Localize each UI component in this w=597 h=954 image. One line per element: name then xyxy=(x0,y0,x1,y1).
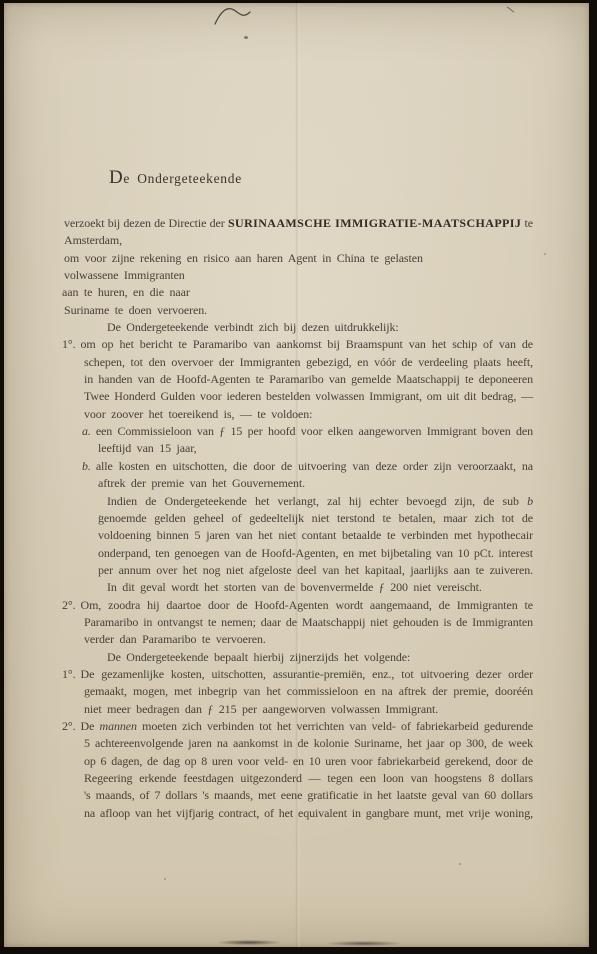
edge-smudge xyxy=(328,941,400,946)
doc-line-21: In dit geval wordt het storten van de bo… xyxy=(62,579,533,596)
document-heading: De Ondergeteekende xyxy=(109,167,242,189)
doc-line-22: 2°.Om, zoodra hij daartoe door de Hoofd-… xyxy=(62,597,533,614)
doc-line-20: per annum over het nog niet afgeloste de… xyxy=(62,562,533,579)
paper-speck xyxy=(372,717,374,719)
doc-line-32: Regeering erkende feestdagen uitgezonder… xyxy=(62,770,533,787)
doc-line-23: Paramaribo in ontvangst te nemen; daar d… xyxy=(62,614,533,631)
doc-line-19: onderpand, ten genoegen van de Hoofd-Age… xyxy=(62,545,533,562)
doc-line-3: volwassene Immigranten xyxy=(62,267,533,284)
doc-line-7: 1°.om op het bericht te Paramaribo van a… xyxy=(62,336,533,353)
paper-speck xyxy=(164,878,166,880)
doc-line-2: om voor zijne rekening en risico aan har… xyxy=(62,250,533,267)
doc-line-8: schepen, tot den overvoer der Immigrante… xyxy=(62,354,533,371)
doc-text-segment: genoemde gelden geheel of gedeeltelijk n… xyxy=(98,511,533,525)
doc-line-16: Indien de Ondergeteekende het verlangt, … xyxy=(62,493,533,510)
doc-text-segment: op 6 dagen, de dag op 8 uren voor veld- … xyxy=(84,754,533,768)
doc-line-18: voldoening binnen 5 jaren van het niet c… xyxy=(62,527,533,544)
doc-text-segment: per annum over het nog niet afgeloste de… xyxy=(98,563,533,577)
edge-smudge xyxy=(218,940,280,945)
doc-line-15: aftrek der premie van het Gouvernement. xyxy=(62,475,533,492)
doc-text-segment: volwassene Immigranten xyxy=(64,268,185,282)
scanned-document-page: { "page": { "background_color": "#100d08… xyxy=(0,0,597,954)
doc-text-segment: aftrek der premie van het Gouvernement. xyxy=(98,476,305,490)
doc-text-segment: na afloop van het vijfjarig contract, of… xyxy=(84,806,533,820)
doc-text-segment: De xyxy=(81,719,100,733)
doc-text-segment: aan te huren, en die naar xyxy=(62,285,190,299)
doc-text-segment: onderpand, ten genoegen van de Hoofd-Age… xyxy=(98,546,533,560)
doc-text-segment: 's maands, of 7 dollars 's maands, met e… xyxy=(84,788,533,802)
doc-text-segment: Regeering erkende feestdagen uitgezonder… xyxy=(84,771,533,785)
doc-text-segment: om op het bericht te Paramaribo van aank… xyxy=(81,337,534,351)
doc-line-30: 5 achtereenvolgende jaren na aankomst in… xyxy=(62,735,533,752)
doc-text-segment: Suriname te doen vervoeren. xyxy=(64,303,207,317)
paper-sheet: De Ondergeteekende verzoekt bij dezen de… xyxy=(4,3,589,947)
company-name-bold: SURINAAMSCHE IMMIGRATIE-MAATSCHAPPIJ xyxy=(228,216,521,230)
doc-line-24: verder dan Paramaribo te vervoeren. xyxy=(62,631,533,648)
doc-line-4: aan te huren, en die naar xyxy=(62,284,533,301)
doc-text-segment: mannen xyxy=(100,719,137,733)
doc-text-segment: Indien de Ondergeteekende het verlangt, … xyxy=(107,494,527,508)
doc-line-31: op 6 dagen, de dag op 8 uren voor veld- … xyxy=(62,753,533,770)
doc-text-segment: voldoening binnen 5 jaren van het niet c… xyxy=(98,528,533,542)
doc-line-34: na afloop van het vijfjarig contract, of… xyxy=(62,805,533,822)
paper-speck xyxy=(544,253,546,255)
doc-text-segment: b xyxy=(527,494,533,508)
doc-text-segment: b. xyxy=(82,459,96,473)
doc-text-segment: om voor zijne rekening en risico aan har… xyxy=(64,251,423,265)
doc-text-segment: moeten zich verbinden tot het verrichten… xyxy=(137,719,533,733)
doc-line-12: a.een Commissieloon van ƒ 15 per hoofd v… xyxy=(62,423,533,440)
doc-text-segment: De Ondergeteekende verbindt zich bij dez… xyxy=(107,320,399,334)
doc-text-segment: De gezamenlijke kosten, uitschotten, ass… xyxy=(81,667,534,681)
doc-text-segment: 1°. xyxy=(62,667,81,681)
doc-line-13: leeftijd van 15 jaar, xyxy=(62,440,533,457)
doc-text-segment: niet meer bedragen dan ƒ 215 per aangewo… xyxy=(84,702,438,716)
doc-line-28: niet meer bedragen dan ƒ 215 per aangewo… xyxy=(62,701,533,718)
doc-text-segment: a. xyxy=(82,424,96,438)
heading-initial: D xyxy=(109,167,123,188)
doc-line-9: in handen van de Hoofd-Agenten te Parama… xyxy=(62,371,533,388)
doc-line-1: verzoekt bij dezen de Directie der SURIN… xyxy=(62,215,533,250)
document-body: verzoekt bij dezen de Directie der SURIN… xyxy=(62,215,533,822)
doc-line-6: De Ondergeteekende verbindt zich bij dez… xyxy=(62,319,533,336)
heading-rest: e Ondergeteekende xyxy=(123,171,241,186)
doc-text-segment: De Ondergeteekende bepaalt hierbij zijne… xyxy=(107,650,410,664)
doc-line-10: Twee Honderd Gulden voor iederen besteld… xyxy=(62,388,533,405)
doc-line-26: 1°.De gezamenlijke kosten, uitschotten, … xyxy=(62,666,533,683)
paper-speck xyxy=(99,515,101,517)
doc-text-segment: schepen, tot den overvoer der Immigrante… xyxy=(84,355,533,369)
paper-speck xyxy=(459,863,461,865)
scratch-mark xyxy=(507,6,515,12)
doc-text-segment: 5 achtereenvolgende jaren na aankomst in… xyxy=(84,736,533,750)
doc-text-segment: alle kosten en uitschotten, die door de … xyxy=(96,459,533,473)
ink-dot-mark xyxy=(244,36,248,39)
doc-text-segment: 1°. xyxy=(62,337,81,351)
doc-text-segment: in handen van de Hoofd-Agenten te Parama… xyxy=(84,372,533,386)
doc-text-segment: gemaakt, mogen, met inbegrip van het com… xyxy=(84,684,533,698)
doc-line-5: Suriname te doen vervoeren. xyxy=(62,302,533,319)
doc-line-14: b.alle kosten en uitschotten, die door d… xyxy=(62,458,533,475)
doc-line-11: voor zoover het toereikend is, — te vold… xyxy=(62,406,533,423)
doc-text-segment: voor zoover het toereikend is, — te vold… xyxy=(84,407,312,421)
doc-text-segment: leeftijd van 15 jaar, xyxy=(98,441,197,455)
doc-line-17: genoemde gelden geheel of gedeeltelijk n… xyxy=(62,510,533,527)
doc-text-segment: Om, zoodra hij daartoe door de Hoofd-Age… xyxy=(81,598,534,612)
doc-line-33: 's maands, of 7 dollars 's maands, met e… xyxy=(62,787,533,804)
doc-line-27: gemaakt, mogen, met inbegrip van het com… xyxy=(62,683,533,700)
doc-text-segment: een Commissieloon van ƒ 15 per hoofd voo… xyxy=(96,424,533,438)
doc-text-segment: Twee Honderd Gulden voor iederen besteld… xyxy=(84,389,533,403)
doc-text-segment: verder dan Paramaribo te vervoeren. xyxy=(84,632,266,646)
doc-text-segment: verzoekt bij dezen de Directie der xyxy=(64,216,228,230)
doc-text-segment: In dit geval wordt het storten van de bo… xyxy=(107,580,482,594)
doc-text-segment: 2°. xyxy=(62,719,81,733)
doc-line-25: De Ondergeteekende bepaalt hierbij zijne… xyxy=(62,649,533,666)
doc-text-segment: 2°. xyxy=(62,598,81,612)
doc-text-segment: Paramaribo in ontvangst te nemen; daar d… xyxy=(84,615,533,629)
ink-squiggle-mark xyxy=(212,4,254,28)
doc-line-29: 2°.De mannen moeten zich verbinden tot h… xyxy=(62,718,533,735)
